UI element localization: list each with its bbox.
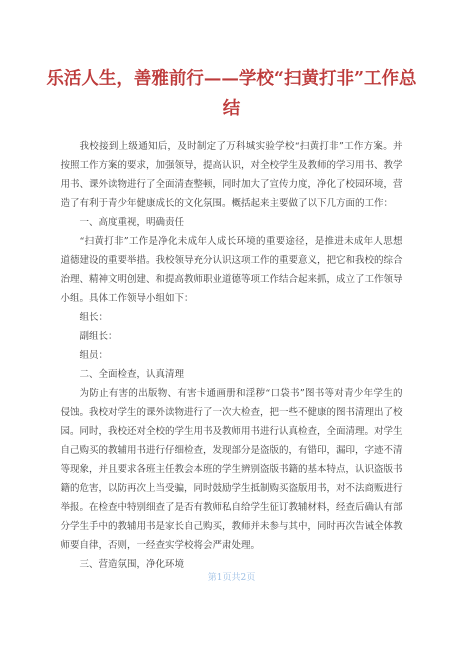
deputy-leader-line: 副组长： bbox=[61, 327, 403, 346]
document-page: 乐活人生，善雅前行——学校“扫黄打非”工作总结 我校接到上级通知后，及时制定了万… bbox=[0, 0, 463, 655]
leader-line: 组长： bbox=[61, 308, 403, 327]
section-2-heading: 二、全面检查，认真清理 bbox=[61, 365, 403, 384]
section-2-paragraph: 为防止有害的出版物、有害卡通画册和淫秽“口袋书”图书等对青少年学生的侵蚀。我校对… bbox=[61, 384, 403, 555]
section-1-heading: 一、高度重视，明确责任 bbox=[61, 213, 403, 232]
page-number: 第1页共2页 bbox=[0, 571, 463, 585]
section-1-paragraph: “扫黄打非”工作是净化未成年人成长环境的重要途径，是推进未成年人思想道德建设的重… bbox=[61, 232, 403, 308]
document-title: 乐活人生，善雅前行——学校“扫黄打非”工作总结 bbox=[43, 0, 421, 124]
document-body: 我校接到上级通知后，及时制定了万科城实验学校“扫黄打非”工作方案。并按照工作方案… bbox=[61, 137, 403, 574]
intro-paragraph: 我校接到上级通知后，及时制定了万科城实验学校“扫黄打非”工作方案。并按照工作方案… bbox=[61, 137, 403, 213]
members-line: 组员： bbox=[61, 346, 403, 365]
